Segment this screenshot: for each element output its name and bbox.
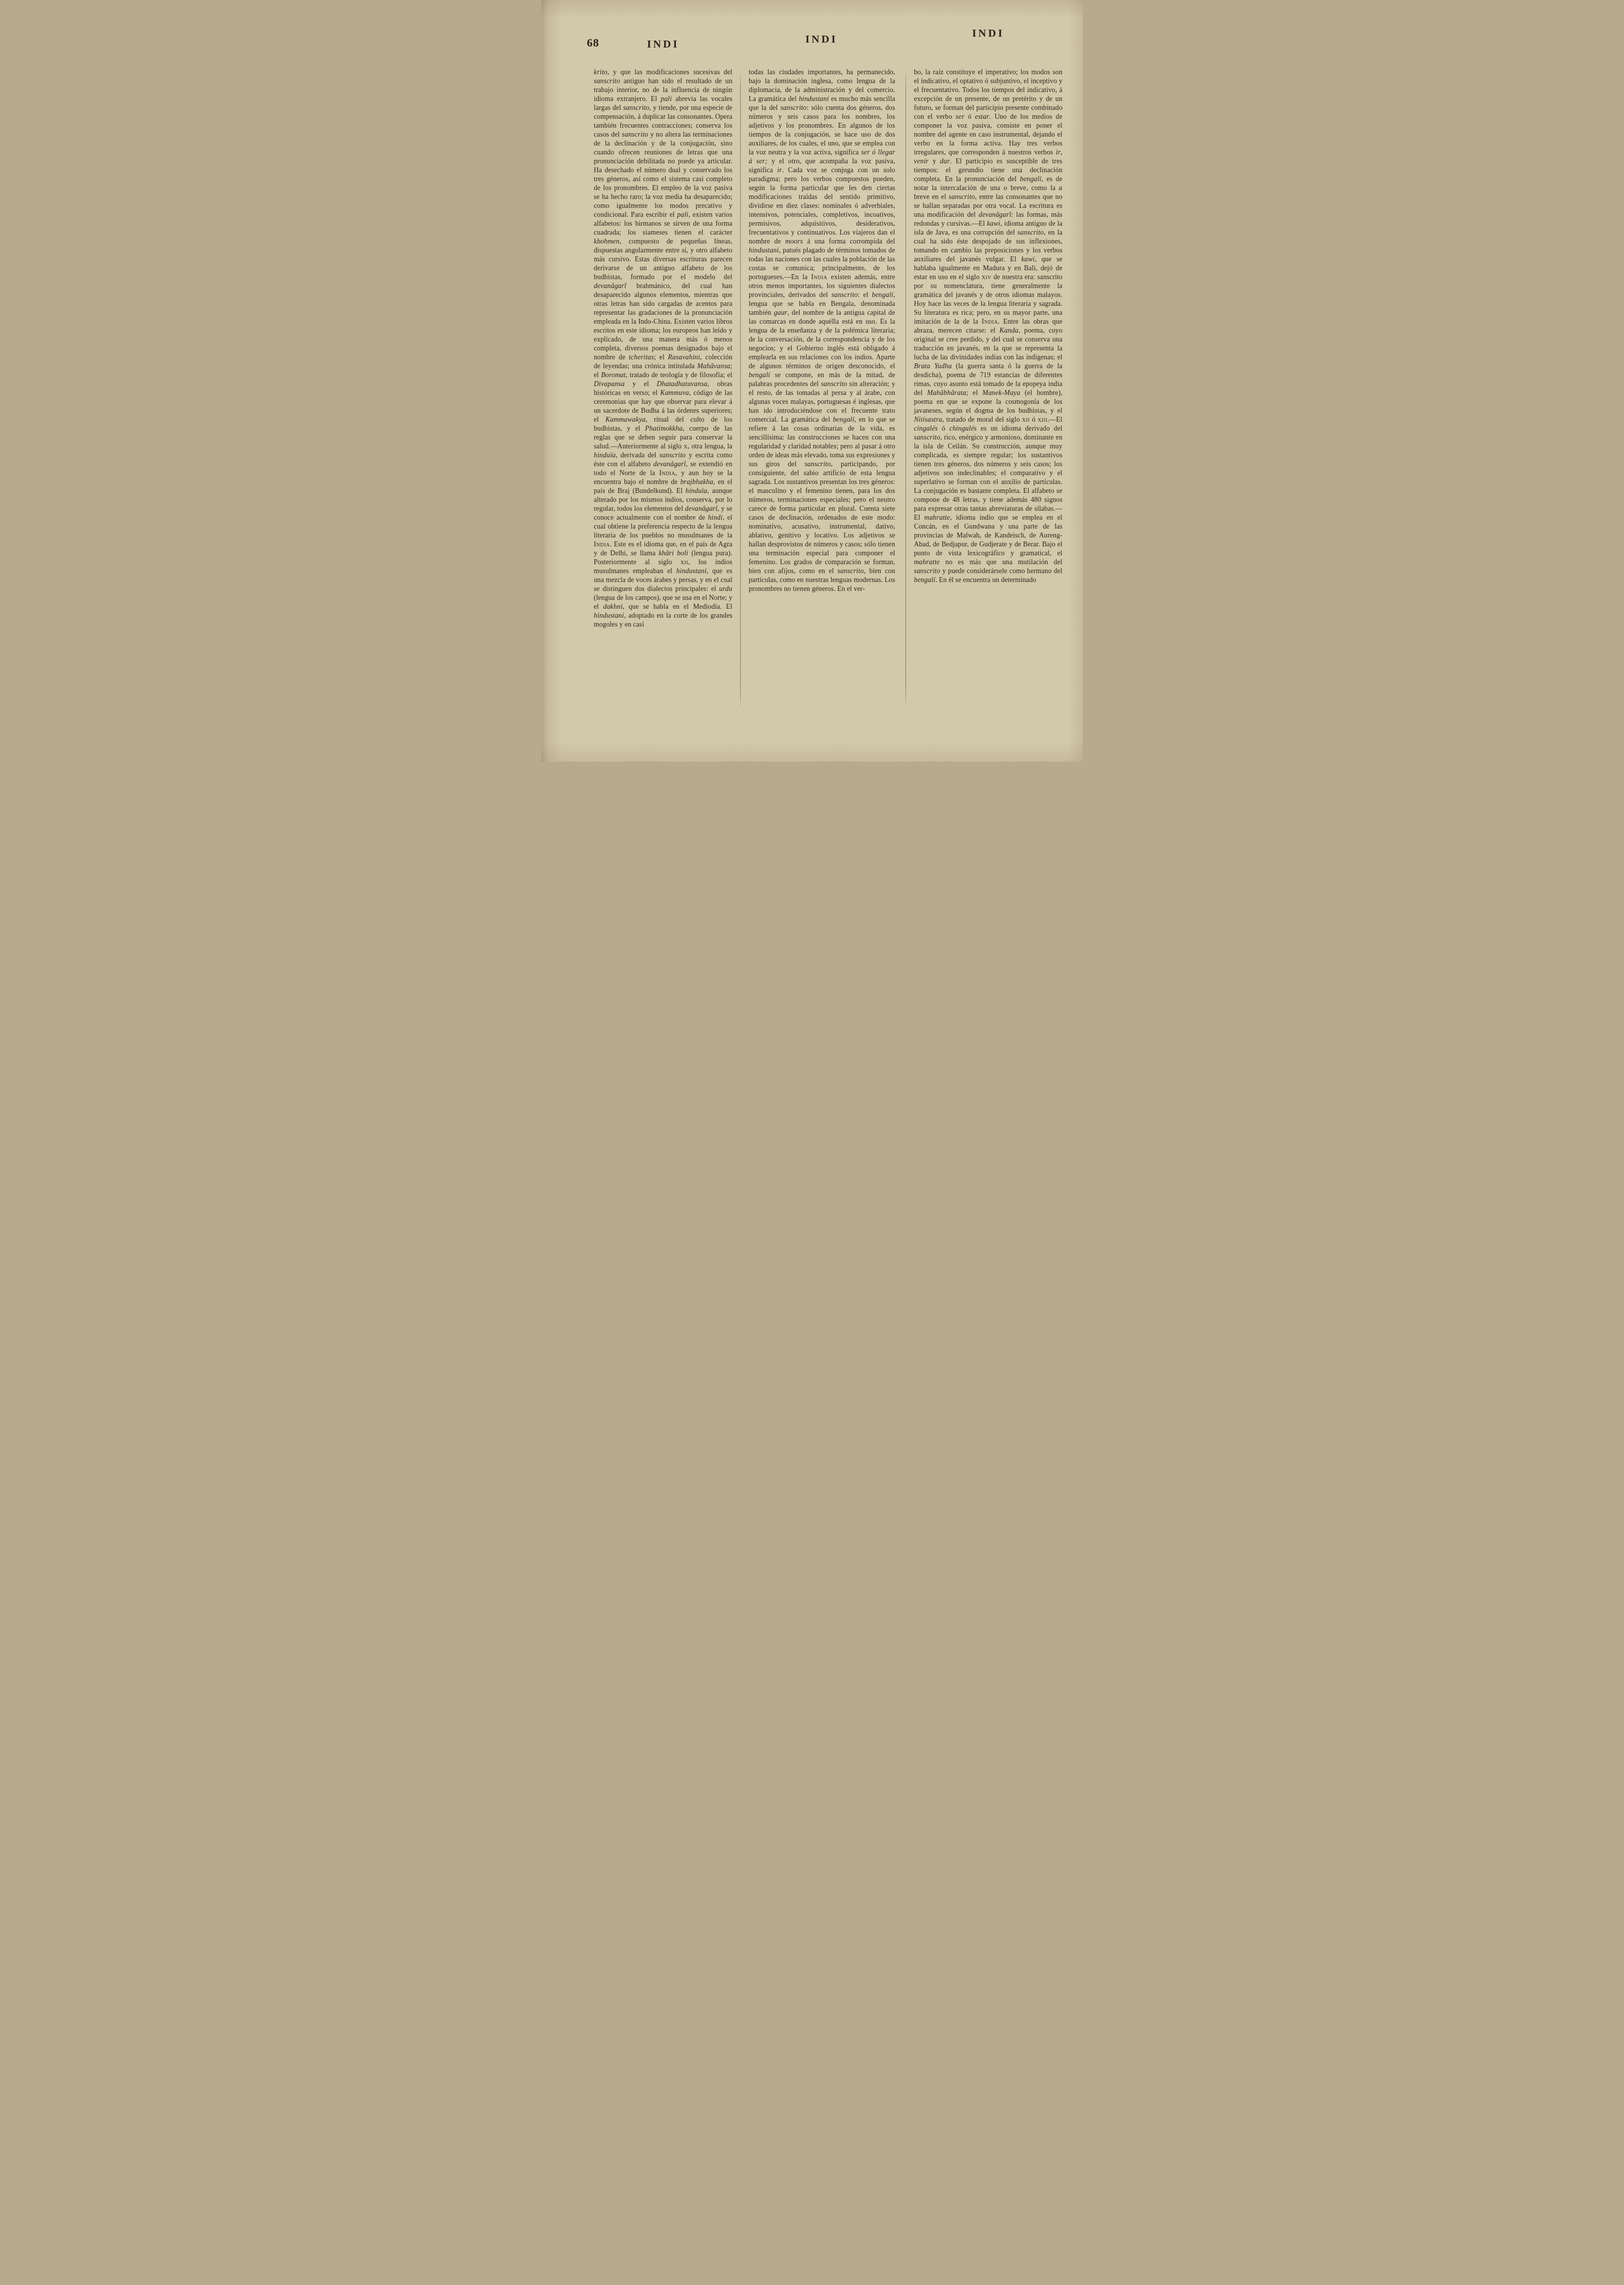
column-1-text: krito, y que las modificaciones sucesiva… [594, 68, 732, 630]
page-number: 68 [587, 37, 599, 49]
scanned-page: 68 INDI INDI INDI krito, y que las modif… [541, 0, 1083, 762]
running-head-col3: INDI [972, 27, 1004, 40]
column-divider-right [906, 69, 906, 709]
text-column-1: krito, y que las modificaciones sucesiva… [594, 68, 732, 630]
text-column-3: bo, la raíz constituye el imperativo; lo… [914, 68, 1062, 585]
column-2-text: todas las ciudades importantes, ha perma… [749, 68, 895, 594]
text-column-2: todas las ciudades importantes, ha perma… [749, 68, 895, 594]
column-divider-left [740, 69, 741, 709]
running-head-col2: INDI [806, 33, 838, 46]
column-3-text: bo, la raíz constituye el imperativo; lo… [914, 68, 1062, 585]
running-head-col1: INDI [647, 38, 679, 50]
